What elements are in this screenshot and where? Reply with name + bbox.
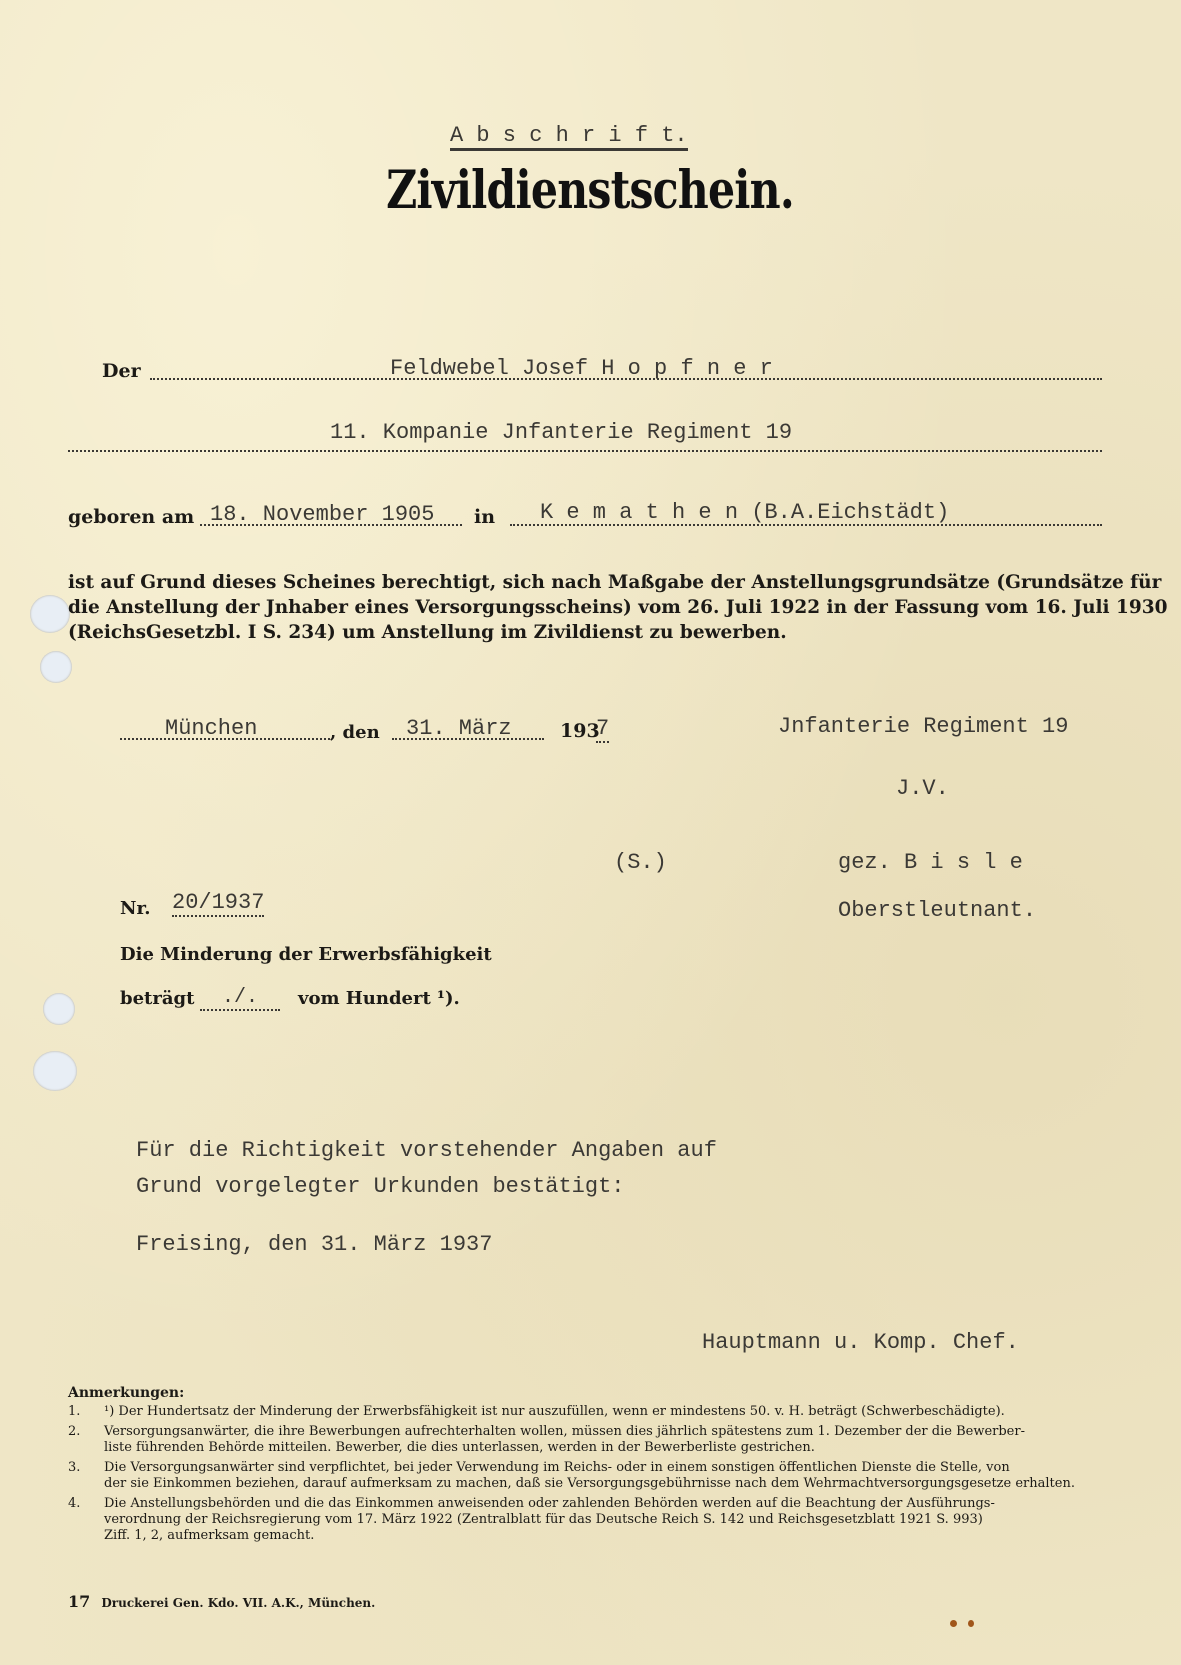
note-number: 3. [68, 1460, 104, 1492]
disability-amount-label: beträgt [120, 988, 194, 1009]
seal-label: (S.) [614, 850, 667, 875]
entitlement-line: (ReichsGesetzbl. I S. 234) um Anstellung… [68, 620, 1108, 645]
note-line: liste führenden Behörde mitteilen. Bewer… [104, 1440, 1104, 1456]
printer-imprint: Druckerei Gen. Kdo. VII. A.K., München. [101, 1596, 375, 1610]
punch-hole [43, 993, 75, 1025]
entitlement-line: ist auf Grund dieses Scheines berechtigt… [68, 570, 1108, 595]
note-line: Ziff. 1, 2, aufmerksam gemacht. [104, 1528, 1104, 1544]
note-line: der sie Einkommen beziehen, darauf aufme… [104, 1476, 1104, 1492]
birth-date: 18. November 1905 [210, 502, 434, 527]
notes-heading: Anmerkungen: [68, 1385, 1104, 1401]
disability-label: Die Minderung der Erwerbsfähigkeit [120, 944, 492, 965]
note-line: Versorgungsanwärter, die ihre Bewerbunge… [104, 1424, 1104, 1440]
note-line: verordnung der Reichsregierung vom 17. M… [104, 1512, 1104, 1528]
der-label: Der [102, 360, 141, 382]
certificate-number: 20/1937 [172, 890, 264, 917]
copy-label: A b s c h r i f t. [450, 124, 688, 151]
signer-rank: Oberstleutnant. [838, 898, 1036, 923]
notes-section: Anmerkungen: 1. ¹) Der Hundertsatz der M… [68, 1385, 1104, 1544]
punch-hole [40, 651, 72, 683]
unit-field-line [68, 430, 1102, 452]
stain-spot [968, 1620, 974, 1627]
entitlement-text: ist auf Grund dieses Scheines berechtigt… [68, 570, 1108, 645]
note-line: Die Anstellungsbehörden und die das Eink… [104, 1496, 1104, 1512]
issue-date: 31. März [406, 716, 512, 741]
note-item: 2. Versorgungsanwärter, die ihre Bewerbu… [68, 1424, 1104, 1456]
note-item: 4. Die Anstellungsbehörden und die das E… [68, 1496, 1104, 1544]
number-label: Nr. [120, 898, 151, 919]
note-number: 4. [68, 1496, 104, 1544]
form-footer: 17 Druckerei Gen. Kdo. VII. A.K., Münche… [68, 1592, 375, 1611]
born-label: geboren am [68, 506, 194, 528]
punch-hole [30, 595, 70, 633]
disability-value: ./. [200, 986, 280, 1011]
in-label: in [474, 506, 495, 528]
issue-year-prefix: 193 [560, 720, 600, 742]
note-line: Die Versorgungsanwärter sind verpflichte… [104, 1460, 1104, 1476]
note-number: 2. [68, 1424, 104, 1456]
issuing-unit: Jnfanterie Regiment 19 [778, 714, 1068, 739]
punch-hole [33, 1051, 77, 1091]
entitlement-line: die Anstellung der Jnhaber eines Versorg… [68, 595, 1108, 620]
signature: gez. B i s l e [838, 850, 1023, 875]
stain-spot [950, 1620, 957, 1627]
note-line: ¹) Der Hundertsatz der Minderung der Erw… [104, 1404, 1104, 1420]
disability-suffix: vom Hundert ¹). [298, 988, 460, 1009]
issue-year-suffix: 7 [596, 716, 609, 743]
jv-label: J.V. [896, 776, 949, 801]
birth-place: K e m a t h e n (B.A.Eichstädt) [540, 500, 949, 525]
note-item: 3. Die Versorgungsanwärter sind verpflic… [68, 1460, 1104, 1492]
certification-signer: Hauptmann u. Komp. Chef. [702, 1330, 1019, 1355]
note-number: 1. [68, 1404, 104, 1420]
den-label: , den [330, 722, 380, 743]
note-item: 1. ¹) Der Hundertsatz der Minderung der … [68, 1404, 1104, 1420]
page-title: Zivildienstschein. [385, 160, 795, 221]
certification-line: Grund vorgelegter Urkunden bestätigt: [136, 1174, 624, 1199]
issue-place: München [165, 716, 257, 741]
form-number: 17 [68, 1592, 90, 1611]
certification-place-date: Freising, den 31. März 1937 [136, 1232, 492, 1257]
holder-name: Feldwebel Josef H o p f n e r [390, 356, 773, 381]
certification-line: Für die Richtigkeit vorstehender Angaben… [136, 1138, 717, 1163]
